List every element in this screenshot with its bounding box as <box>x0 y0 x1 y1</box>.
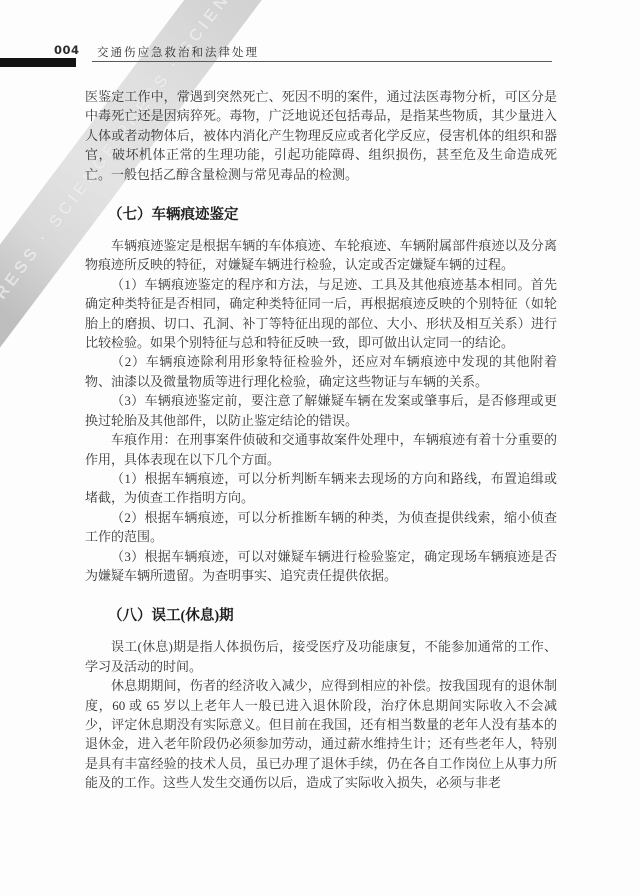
page-body: 医鉴定工作中，常遇到突然死亡、死因不明的案件，通过法医毒物分析，可区分是中毒死亡… <box>85 87 557 793</box>
paragraph-trace-function-item-2: （2）根据车辆痕迹，可以分析推断车辆的种类，为侦查提供线索，缩小侦查工作的范围。 <box>85 508 557 547</box>
paragraph-trace-function-intro: 车痕作用：在刑事案件侦破和交通事故案件处理中，车辆痕迹有着十分重要的作用，具体表… <box>85 430 557 469</box>
paragraph-trace-function-item-3: （3）根据车辆痕迹，可以对嫌疑车辆进行检验鉴定，确定现场车辆痕迹是否为嫌疑车辆所… <box>85 547 557 586</box>
paragraph-vehicle-trace-item-1: （1）车辆痕迹鉴定的程序和方法，与足迹、工具及其他痕迹基本相同。首先确定种类特征… <box>85 275 557 353</box>
section-heading-vehicle-trace-identification: （七）车辆痕迹鉴定 <box>85 204 557 226</box>
page-number: 004 <box>54 43 80 57</box>
section-heading-rest-period: （八）误工(休息)期 <box>85 605 557 627</box>
paragraph-vehicle-trace-definition: 车辆痕迹鉴定是根据车辆的车体痕迹、车轮痕迹、车辆附属部件痕迹以及分离物痕迹所反映… <box>85 236 557 275</box>
running-title: 交通伤应急救治和法律处理 <box>97 44 259 60</box>
paragraph-vehicle-trace-item-2: （2）车辆痕迹除利用形象特征检验外，还应对车辆痕迹中发现的其他附着物、油漆以及微… <box>85 352 557 391</box>
paragraph-vehicle-trace-item-3: （3）车辆痕迹鉴定前，要注意了解嫌疑车辆在发案或肇事后，是否修理或更换过轮胎及其… <box>85 391 557 430</box>
paragraph-forensic-toxicology-continued: 医鉴定工作中，常遇到突然死亡、死因不明的案件，通过法医毒物分析，可区分是中毒死亡… <box>85 87 557 184</box>
paragraph-rest-period-compensation: 休息期期间，伤者的经济收入减少，应得到相应的补偿。按我国现有的退休制度，60 或… <box>85 676 557 792</box>
paragraph-rest-period-definition: 误工(休息)期是指人体损伤后，接受医疗及功能康复，不能参加通常的工作、学习及活动… <box>85 637 557 676</box>
book-page: SCIENCE PRESS · SCIENCE PRESS · SCIENCE … <box>0 0 640 896</box>
page-edge-bar <box>0 58 76 67</box>
paragraph-trace-function-item-1: （1）根据车辆痕迹，可以分析判断车辆来去现场的方向和路线，布置追缉或堵截，为侦查… <box>85 469 557 508</box>
header-rule <box>92 61 552 62</box>
